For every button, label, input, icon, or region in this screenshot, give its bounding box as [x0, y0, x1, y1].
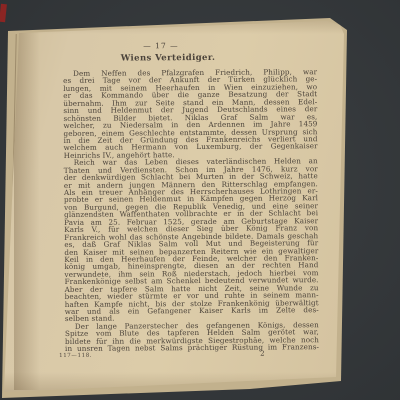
- page-title: Wiens Verteidiger.: [121, 53, 216, 64]
- text-line: in unsren Tagen nebst Salms prächtiger R…: [65, 343, 319, 352]
- page-number: — 17 —: [143, 41, 178, 50]
- footer-signature-mark: 117—118.: [59, 353, 92, 359]
- footer-sheet-number: 2: [260, 350, 265, 358]
- paragraph: Dem Neffen des Pfalzgrafen Friedrich, Ph…: [63, 68, 318, 159]
- paragraph: Der lange Panzerstecher des gefangenen K…: [65, 321, 319, 353]
- paragraph: Reich war das Leben dieses vaterländisch…: [64, 157, 319, 322]
- body-text: Dem Neffen des Pfalzgrafen Friedrich, Ph…: [63, 68, 319, 352]
